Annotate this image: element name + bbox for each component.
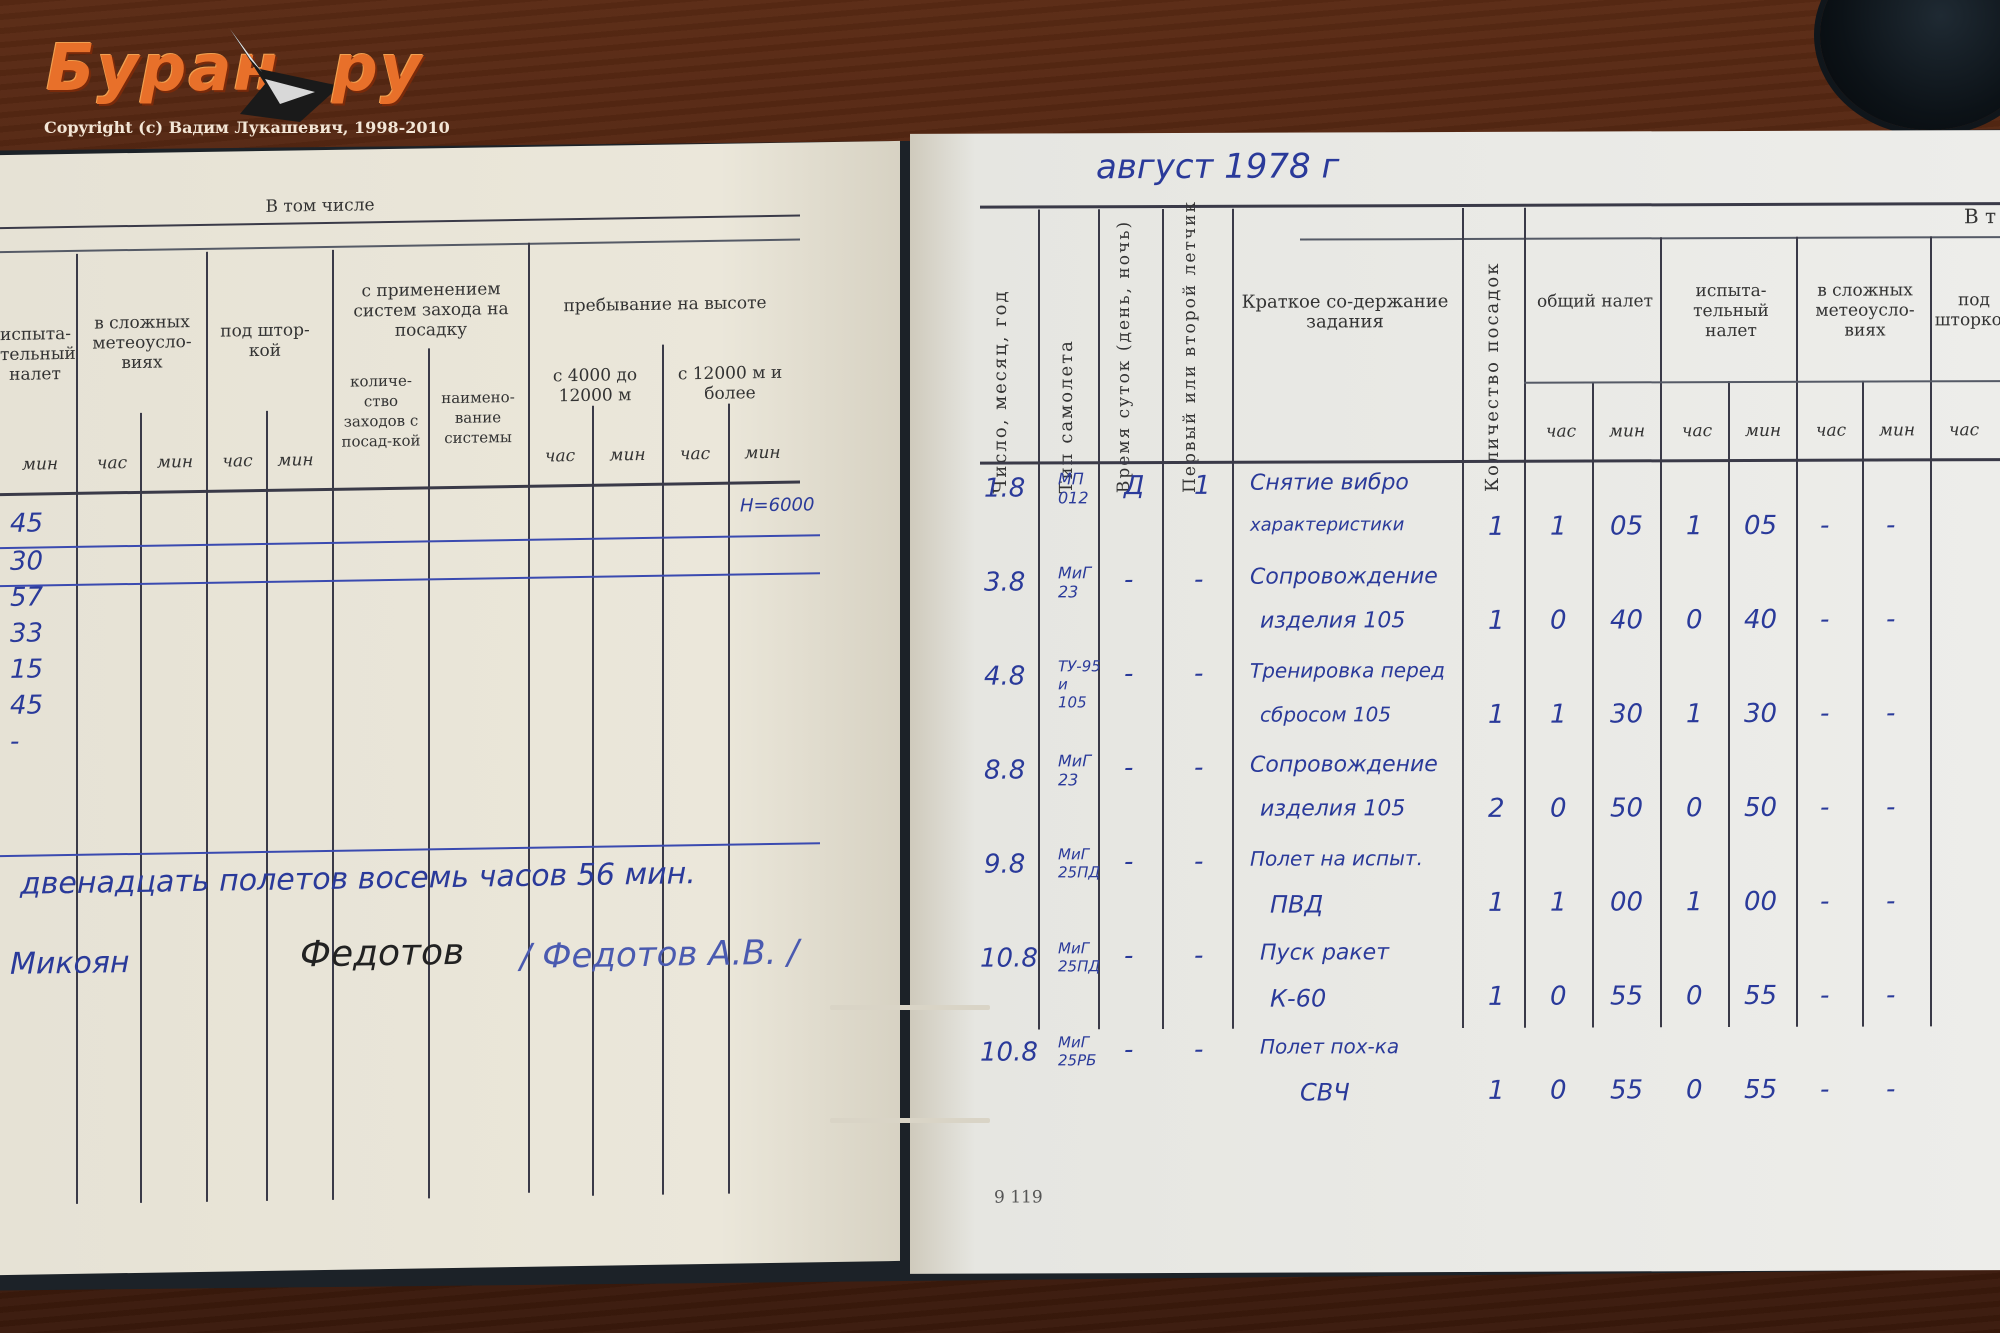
col-hood: под штор-кой [210,320,320,362]
col-approach-count: количе-ство заходов с посад-кой [336,370,426,451]
col-landings: Количество посадок [1482,242,1503,492]
group-header: В том числе [220,194,420,217]
col-test-flight: испыта-тельный налет [1666,281,1796,341]
log-row: 10.8 МиГ 25ПД - - Пуск ракет К-60 1 0 55… [910,934,2000,1032]
col-time-of-day: Время суток (день, ночь) [1114,243,1134,493]
col-weather: в сложных метеоусло-виях [82,312,202,374]
binding-stitch [830,1118,990,1123]
log-row: 8.8 МиГ 23 - - Сопровождение изделия 105… [910,746,2000,844]
col-hood: под шторкой [1934,290,2000,330]
col-approach-systems: с применением систем захода на посадку [336,279,526,342]
col-altitude: пребывание на высоте [530,293,800,317]
logo-word-ru: ру [332,32,424,106]
altitude-note: Н=6000 [740,494,814,516]
shuttle-icon [220,24,350,124]
right-page: август 1978 г В т Число, месяц, год Тип … [910,130,2000,1274]
col-total-flight: общий налет [1530,291,1660,311]
log-row: 10.8 МиГ 25РБ - - Полет пох-ка СВЧ 1 0 5… [910,1028,2000,1126]
col-task: Краткое со-держание задания [1240,292,1450,333]
signer-left: Микоян [10,945,130,982]
page-footer-number: 9 119 [994,1187,1043,1207]
col-pilot: Первый или второй летчик [1180,243,1200,493]
signer-name: / Федотов А.В. / [520,933,799,977]
binding-stitch [830,1005,990,1010]
log-row: 4.8 ТУ-95 и 105 - - Тренировка перед сбр… [910,652,2000,750]
col-system-name: наимено-вание системы [430,387,526,449]
col-date: Число, месяц, год [990,254,1011,494]
log-row: 1.8 МП 012 Д 1 Снятие вибро характеристи… [910,464,2000,562]
log-row: 9.8 МиГ 25ПД - - Полет на испыт. ПВД 1 1… [910,840,2000,938]
copyright-text: Copyright (c) Вадим Лукашевич, 1998-2010 [44,118,450,137]
summary-line: двенадцать полетов восемь часов 56 мин. [20,856,696,902]
col-alt-12000: с 12000 м и более [665,363,795,405]
left-page: В том числе испыта-тельный налет в сложн… [0,141,900,1275]
col-alt-4000: с 4000 до 12000 м [530,365,660,407]
signature: Федотов [300,932,464,976]
month-heading: август 1978 г [1096,146,1339,187]
log-row: 3.8 МиГ 23 - - Сопровождение изделия 105… [910,558,2000,656]
col-test-flight: испыта-тельный налет [0,324,70,385]
col-weather: в сложных метеоусло-виях [1800,280,1930,340]
